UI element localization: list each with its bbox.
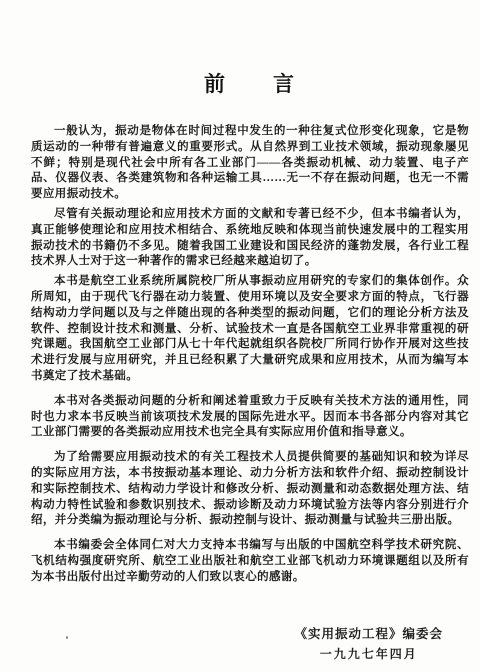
preface-paragraph-5: 为了给需要应用振动技术的有关工程技术人员提供简要的基础知识和较为详尽的实际应用方… [31,450,469,529]
preface-page: 前 言 一般认为，振动是物体在时间过程中发生的一种往复式位形变化现象，它是物质运… [0,0,480,672]
signature-date: 一九九七年四月 [294,644,443,664]
preface-paragraph-4: 本书对各类振动问题的分析和阐述着重致力于反映有关技术方法的通用性，同时也力求本书… [31,394,469,441]
preface-body: 一般认为，振动是物体在时间过程中发生的一种往复式位形变化现象，它是物质运动的一种… [31,124,469,586]
preface-paragraph-3: 本书是航空工业系统所属院校厂所从事振动应用研究的专家们的集体创作。众所周知，由于… [31,274,469,385]
preface-paragraph-1: 一般认为，振动是物体在时间过程中发生的一种往复式位形变化现象，它是物质运动的一种… [31,124,469,203]
preface-paragraph-2: 尽管有关振动理论和应用技术方面的文献和专著已经不少，但本书编者认为，真正能够使理… [31,207,469,270]
preface-paragraph-6: 本书编委会全体同仁对大力支持本书编写与出版的中国航空科学技术研究院、飞机结构强度… [31,538,469,585]
scan-speck-artifact [66,636,68,639]
signature-block: 《实用振动工程》编委会 一九九七年四月 [294,624,443,664]
signature-committee: 《实用振动工程》编委会 [294,624,443,644]
page-title: 前 言 [31,68,469,98]
